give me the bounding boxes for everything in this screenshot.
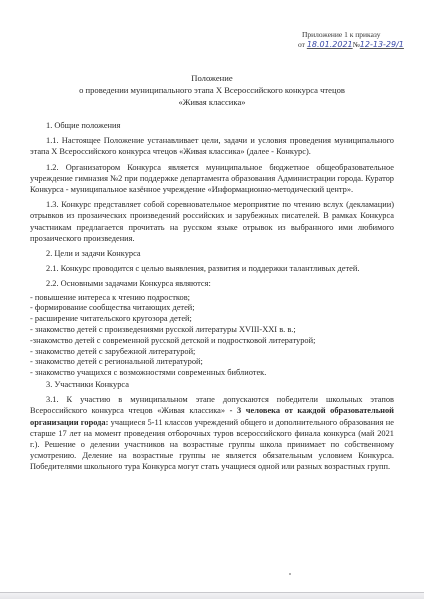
task-item: -знакомство детей с современной русской … [30, 336, 394, 347]
task-item: - повышение интереса к чтению подростков… [30, 293, 394, 304]
paragraph-1-2: 1.2. Организатором Конкурса является мун… [30, 162, 394, 196]
tasks-list: - повышение интереса к чтению подростков… [30, 293, 394, 379]
order-reference: от 18.01.2021№12-13-29/1 [298, 40, 418, 50]
title-subject: о проведении муниципального этапа X Всер… [30, 84, 394, 96]
paragraph-2-1: 2.1. Конкурс проводится с целью выявлени… [30, 263, 394, 274]
document-title: Положение о проведении муниципального эт… [30, 72, 394, 108]
title-contest-name: «Живая классика» [30, 96, 394, 108]
paragraph-2-2: 2.2. Основными задачами Конкурса являютс… [30, 278, 394, 289]
section-1-heading: 1. Общие положения [46, 120, 394, 131]
order-date: 18.01.2021 [307, 40, 353, 49]
appendix-stamp: Приложение 1 к приказу от 18.01.2021№12-… [298, 30, 418, 50]
task-item: - расширение читательского кругозора дет… [30, 314, 394, 325]
title-heading: Положение [30, 72, 394, 84]
task-item: - формирование сообщества читающих детей… [30, 303, 394, 314]
document-page: Приложение 1 к приказу от 18.01.2021№12-… [0, 0, 424, 592]
order-number: 12-13-29/1 [360, 40, 404, 49]
order-number-sign: № [353, 40, 360, 49]
task-item: - знакомство учащихся с возможностями со… [30, 368, 394, 379]
task-item: - знакомство детей с произведениями русс… [30, 325, 394, 336]
paragraph-3-1: 3.1. К участию в муниципальном этапе доп… [30, 394, 394, 472]
scan-bottom-edge [0, 592, 424, 599]
paragraph-1-1: 1.1. Настоящее Положение устанавливает ц… [30, 135, 394, 157]
task-item: - знакомство детей с зарубежной литерату… [30, 347, 394, 358]
scan-speck [289, 573, 291, 575]
order-from-label: от [298, 40, 305, 49]
appendix-label: Приложение 1 к приказу [298, 30, 418, 40]
document-body: 1. Общие положения 1.1. Настоящее Положе… [30, 120, 394, 477]
section-3-heading: 3. Участники Конкурса [46, 379, 394, 390]
task-item: - знакомство детей с региональной литера… [30, 357, 394, 368]
paragraph-1-3: 1.3. Конкурс представляет собой соревнов… [30, 199, 394, 244]
section-2-heading: 2. Цели и задачи Конкурса [46, 248, 394, 259]
